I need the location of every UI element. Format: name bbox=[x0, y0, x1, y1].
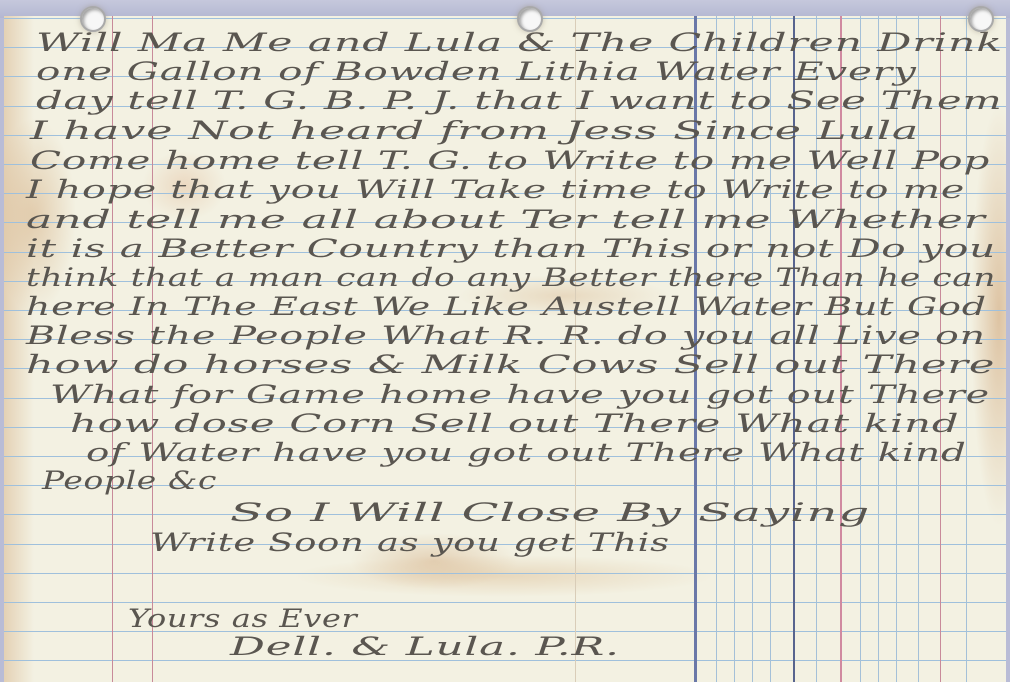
handwritten-line: of Water have you got out There What kin… bbox=[86, 438, 967, 467]
binder-hole-left bbox=[80, 6, 106, 32]
handwritten-line: Dell. & Lula. P.R. bbox=[230, 632, 620, 661]
letter-page: Will Ma Me and Lula & The Children Drink… bbox=[4, 16, 1006, 682]
handwritten-line: one Gallon of Bowden Lithia Water Every bbox=[36, 57, 917, 86]
handwritten-line: Yours as Ever bbox=[128, 604, 357, 633]
handwritten-line: I have Not heard from Jess Since Lula bbox=[30, 116, 919, 145]
handwritten-line: Will Ma Me and Lula & The Children Drink bbox=[36, 28, 1003, 57]
binder-hole-right bbox=[968, 6, 994, 32]
handwritten-line: it is a Better Country than This or not … bbox=[26, 234, 996, 263]
ruled-line bbox=[4, 573, 1006, 574]
handwritten-line: Come home tell T. G. to Write to me Well… bbox=[30, 146, 990, 175]
handwritten-line: I hope that you Will Take time to Write … bbox=[26, 175, 965, 204]
ruled-line bbox=[4, 18, 1006, 19]
handwritten-line: and tell me all about Ter tell me Whethe… bbox=[26, 205, 986, 234]
binder-hole-middle bbox=[517, 6, 543, 32]
handwritten-line: Write Soon as you get This bbox=[150, 528, 670, 557]
handwritten-line: What for Game home have you got out Ther… bbox=[50, 380, 990, 409]
handwritten-line: how dose Corn Sell out There What kind bbox=[70, 409, 959, 438]
handwritten-line: think that a man can do any Better there… bbox=[26, 263, 996, 292]
handwritten-line: here In The East We Like Austell Water B… bbox=[26, 292, 987, 321]
handwritten-line: So I Will Close By Saying bbox=[230, 498, 870, 527]
handwritten-line: day tell T. G. B. P. J. that I want to S… bbox=[36, 86, 1003, 115]
handwritten-line: Bless the People What R. R. do you all L… bbox=[26, 321, 986, 350]
handwritten-line: how do horses & Milk Cows Sell out There bbox=[26, 350, 995, 379]
ruled-line bbox=[4, 602, 1006, 603]
handwritten-line: People &c bbox=[42, 466, 217, 495]
